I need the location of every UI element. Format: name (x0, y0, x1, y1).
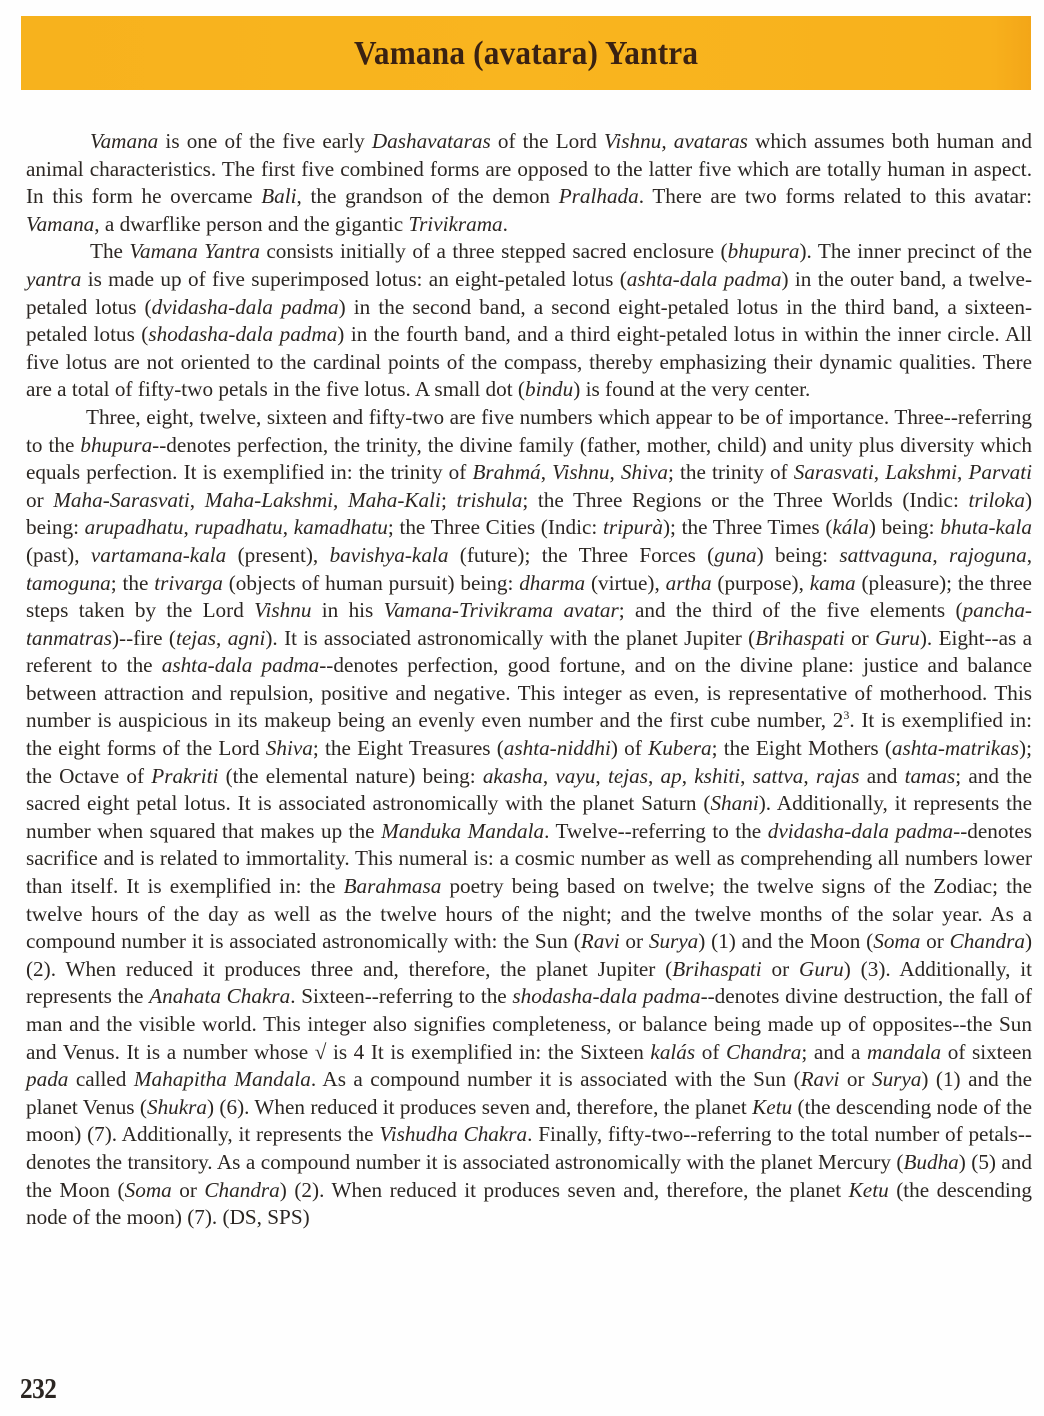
title-banner: Vamana (avatara) Yantra (21, 16, 1031, 90)
article-body: Vamana is one of the five early Dashavat… (26, 128, 1032, 1232)
paragraph-intro: Vamana is one of the five early Dashavat… (26, 128, 1032, 238)
paragraph-yantra-structure: The Vamana Yantra consists initially of … (26, 238, 1032, 404)
page-number: 232 (20, 1374, 56, 1406)
paragraph-numbers: Three, eight, twelve, sixteen and fifty-… (26, 404, 1032, 1232)
page-title: Vamana (avatara) Yantra (354, 33, 698, 73)
